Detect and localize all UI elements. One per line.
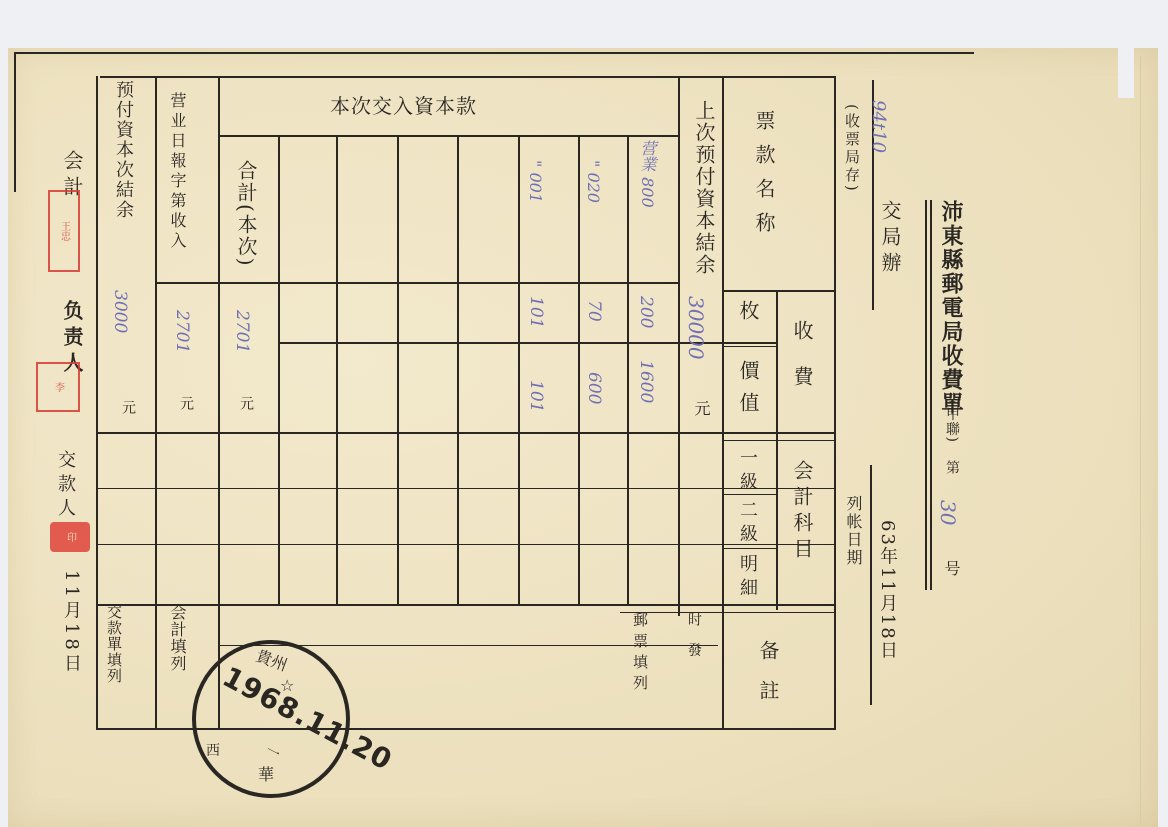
table-left-line [96, 76, 98, 730]
postmark-left: 西 [206, 740, 220, 760]
row-line [218, 135, 678, 137]
value-001: " 001 [526, 160, 545, 203]
value-600: 600 [584, 372, 604, 404]
payer-seal: 印 [50, 522, 90, 552]
row-label-this-payment: 本次交入資本款 [330, 90, 477, 119]
paper-tear [1118, 48, 1134, 98]
prev-balance-amount: 30000 [684, 296, 708, 360]
postmark-bottom: 華 [258, 762, 274, 785]
left-border [14, 52, 16, 192]
row-line [722, 440, 834, 441]
payer-signature-label: 交款人 [52, 450, 78, 522]
row-line [96, 488, 836, 489]
date-rule [870, 465, 872, 705]
col-line [336, 135, 338, 605]
serial-number: 30 [936, 500, 960, 525]
manager-seal: 李 [36, 362, 80, 412]
value-101a: 101 [526, 296, 546, 328]
col-line [218, 76, 220, 730]
header-remark: 备註 [754, 640, 783, 720]
unit-yuan: 元 [690, 400, 713, 422]
total-a: 2701 [232, 310, 252, 353]
unit-b: 元 [176, 396, 196, 416]
payer-value: 94t10 [868, 100, 889, 153]
row-label-business-income: 营业日報字第收入 [166, 92, 189, 252]
col-line [722, 76, 724, 730]
paper-edge [1140, 56, 1141, 826]
col-line [457, 135, 459, 605]
row-line [96, 544, 836, 545]
header-item-name: 票款名称 [750, 110, 779, 246]
header-value: 價值 [734, 360, 763, 424]
title-rule [925, 200, 927, 590]
accounting-fill-label: 会計填列 [166, 604, 189, 672]
col-line [278, 135, 280, 605]
row-label-total: 合計(本次) [232, 160, 261, 268]
row-line [722, 346, 776, 347]
header-count: 枚 [734, 300, 763, 326]
payer-note: (收票局存) [842, 104, 863, 194]
stamp-column: 时 發 [684, 612, 704, 662]
title-rule [930, 200, 932, 590]
postmark-branch: 一 [262, 740, 284, 764]
row-line [96, 432, 836, 434]
accountant-seal: 王忠 [48, 190, 80, 272]
serial-label: 第 [942, 460, 962, 480]
document-title: 沛東縣郵電局收費單 [936, 200, 967, 416]
value-020: " 020 [584, 160, 603, 203]
title-suffix: (甲聯) [942, 400, 962, 443]
prev-balance-note: 营業 800 [636, 140, 659, 208]
col-line [776, 290, 778, 610]
col-line [155, 76, 157, 730]
row-line [722, 290, 834, 292]
col-line [578, 135, 580, 605]
serial-suffix: 号 [940, 560, 963, 582]
col-line [397, 135, 399, 605]
sign-date: 11月18日 [58, 570, 84, 676]
postmark: 貴州 ☆ 1968.11.20 西 一 華 [192, 640, 350, 798]
table-top-line [100, 76, 835, 78]
postmark-city: 貴州 [253, 643, 291, 676]
stamp-fill-label: 郵票填列 [630, 612, 651, 696]
row-line [722, 548, 776, 549]
entry-date-label: 列帐日期 [842, 495, 865, 567]
top-border [14, 52, 974, 54]
header-amount: 收費 [788, 320, 817, 412]
total-b: 2701 [172, 310, 192, 353]
table-right-line [834, 76, 836, 730]
header-level2: 二級 [734, 500, 760, 548]
payer-label: 交局辦 [876, 200, 905, 278]
unit-c: 元 [118, 400, 138, 420]
header-account: 会計科目 [788, 460, 817, 564]
row-line [620, 612, 834, 613]
header-level1: 一級 [734, 448, 760, 496]
col-line [678, 76, 680, 616]
balance-value: 3000 [110, 290, 130, 333]
row-line [155, 282, 679, 284]
value-101b: 101 [526, 380, 546, 412]
value-200: 200 [636, 296, 656, 328]
col-line [627, 135, 629, 605]
value-70: 70 [584, 300, 604, 322]
value-1600: 1600 [636, 360, 656, 403]
row-label-balance-after: 预付資本次結余 [110, 80, 136, 220]
entry-date: 63年11月18日 [874, 520, 900, 661]
receipt-fill-label: 交款單填列 [104, 604, 125, 684]
row-line [96, 604, 836, 606]
unit-a: 元 [236, 396, 256, 416]
row-label-prev-balance: 上次预付資本結余 [690, 100, 719, 276]
col-line [518, 135, 520, 605]
header-detail: 明細 [734, 554, 760, 602]
